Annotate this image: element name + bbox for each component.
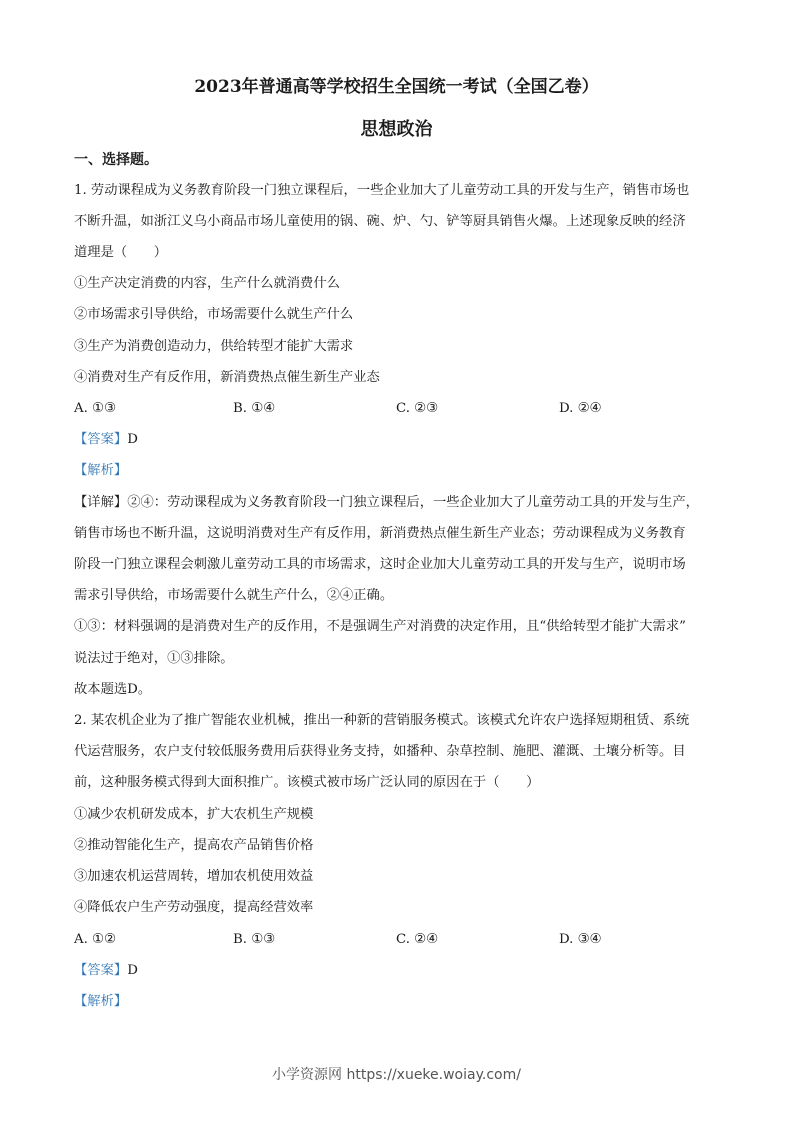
answer-value: D bbox=[127, 963, 138, 978]
option-a: A. ①② bbox=[74, 932, 116, 948]
question-stem-line: 代运营服务，农户支付较低服务费用后获得业务支持，如播种、杂草控制、施肥、灌溉、土… bbox=[74, 744, 686, 760]
option-b: B. ①④ bbox=[233, 401, 275, 417]
detail-line: 【详解】②④：劳动课程成为义务教育阶段一门独立课程后，一些企业加大了儿童劳动工具… bbox=[74, 495, 699, 511]
question-stem-line: 1. 劳动课程成为义务教育阶段一门独立课程后，一些企业加大了儿童劳动工具的开发与… bbox=[74, 183, 689, 199]
detail-line: 故本题选D。 bbox=[74, 682, 151, 698]
exam-title: 2023年普通高等学校招生全国统一考试（全国乙卷） bbox=[0, 72, 793, 97]
option-d: D. ②④ bbox=[559, 401, 601, 417]
detail-line: 说法过于绝对，①③排除。 bbox=[74, 651, 234, 667]
question-stem-line: 道理是（ ） bbox=[74, 245, 167, 261]
detail-line: ①③：材料强调的是消费对生产的反作用，不是强调生产对消费的决定作用，且“供给转型… bbox=[74, 619, 686, 635]
option-c: C. ②④ bbox=[396, 932, 438, 948]
answer-row: 【答案】D bbox=[74, 963, 138, 979]
detail-text: ②④：劳动课程成为义务教育阶段一门独立课程后，一些企业加大了儿童劳动工具的开发与… bbox=[127, 495, 699, 510]
question-stem-line: 2. 某农机企业为了推广智能农业机械，推出一种新的营销服务模式。该模式允许农户选… bbox=[74, 713, 689, 729]
option-d: D. ③④ bbox=[559, 932, 601, 948]
statement-item: ④降低农户生产劳动强度，提高经营效率 bbox=[74, 900, 313, 916]
detail-line: 阶段一门独立课程会刺激儿童劳动工具的市场需求，这时企业加大儿童劳动工具的开发与生… bbox=[74, 557, 686, 573]
footer-watermark: 小学资源网 https://xueke.woiay.com/ bbox=[0, 1064, 793, 1084]
statement-item: ①减少农机研发成本，扩大农机生产规模 bbox=[74, 807, 313, 823]
detail-label: 【详解】 bbox=[74, 495, 127, 510]
detail-line: 需求引导供给，市场需要什么就生产什么，②④正确。 bbox=[74, 588, 393, 604]
answer-value: D bbox=[127, 432, 138, 447]
option-c: C. ②③ bbox=[396, 401, 438, 417]
document-page: 2023年普通高等学校招生全国统一考试（全国乙卷） 思想政治 一、选择题。 1.… bbox=[0, 0, 793, 1122]
section-heading: 一、选择题。 bbox=[74, 152, 158, 168]
analysis-label: 【解析】 bbox=[74, 994, 127, 1010]
option-a: A. ①③ bbox=[74, 401, 116, 417]
subject-title: 思想政治 bbox=[0, 115, 793, 141]
statement-item: ③加速农机运营周转，增加农机使用效益 bbox=[74, 869, 313, 885]
detail-line: 销售市场也不断升温，这说明消费对生产有反作用，新消费热点催生新生产业态；劳动课程… bbox=[74, 526, 686, 542]
answer-label: 【答案】 bbox=[74, 432, 127, 447]
option-b: B. ①③ bbox=[233, 932, 275, 948]
statement-item: ③生产为消费创造动力，供给转型才能扩大需求 bbox=[74, 339, 353, 355]
question-stem-line: 不断升温，如浙江义乌小商品市场儿童使用的锅、碗、炉、勺、铲等厨具销售火爆。上述现… bbox=[74, 214, 686, 230]
question-stem-line: 前，这种服务模式得到大面积推广。该模式被市场广泛认同的原因在于（ ） bbox=[74, 775, 539, 791]
statement-item: ②推动智能化生产，提高农产品销售价格 bbox=[74, 838, 313, 854]
statement-item: ④消费对生产有反作用，新消费热点催生新生产业态 bbox=[74, 370, 380, 386]
statement-item: ②市场需求引导供给，市场需要什么就生产什么 bbox=[74, 307, 353, 323]
answer-label: 【答案】 bbox=[74, 963, 127, 978]
statement-item: ①生产决定消费的内容，生产什么就消费什么 bbox=[74, 276, 340, 292]
analysis-label: 【解析】 bbox=[74, 463, 127, 479]
answer-row: 【答案】D bbox=[74, 432, 138, 448]
